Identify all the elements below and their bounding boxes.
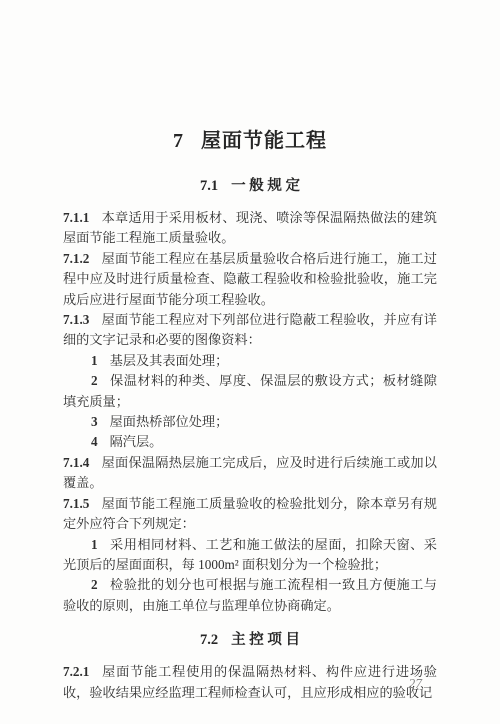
section-7-2-number: 7.2 — [200, 632, 218, 648]
section-heading-7-1: 7.1一 般 规 定 — [63, 174, 437, 195]
clause-7-1-2-number: 7.1.2 — [63, 251, 101, 266]
item-1-number: 1 — [91, 537, 110, 552]
clause-7-2-1: 7.2.1屋面节能工程使用的保温隔热材料、构件应进行进场验收，验收结果应经监理工… — [63, 662, 437, 703]
clause-7-1-1-number: 7.1.1 — [63, 210, 101, 225]
clause-7-1-3-item-4: 4隔汽层。 — [63, 432, 437, 452]
clause-7-1-3-item-1: 1基层及其表面处理； — [63, 351, 437, 371]
clause-7-1-3: 7.1.3屋面节能工程应对下列部位进行隐蔽工程验收，并应有详细的文字记录和必要的… — [63, 310, 437, 351]
chapter-title: 7屋面节能工程 — [63, 124, 437, 153]
item-2-text: 保温材料的种类、厚度、保温层的敷设方式；板材缝隙填充质量； — [63, 373, 437, 408]
clause-7-2-1-number: 7.2.1 — [63, 664, 101, 679]
clause-7-1-2-text: 屋面节能工程应在基层质量验收合格后进行施工，施工过程中应及时进行质量检查、隐蔽工… — [63, 251, 437, 307]
item-4-text: 隔汽层。 — [110, 434, 163, 449]
item-4-number: 4 — [91, 434, 110, 449]
chapter-number: 7 — [173, 130, 184, 152]
page-content: 7屋面节能工程 7.1一 般 规 定 7.1.1本章适用于采用板材、现浇、喷涂等… — [63, 124, 437, 703]
item-2-number: 2 — [91, 577, 110, 592]
document-page: 7屋面节能工程 7.1一 般 规 定 7.1.1本章适用于采用板材、现浇、喷涂等… — [0, 0, 500, 724]
clause-7-1-1: 7.1.1本章适用于采用板材、现浇、喷涂等保温隔热做法的建筑屋面节能工程施工质量… — [63, 208, 437, 249]
clause-7-1-3-text: 屋面节能工程应对下列部位进行隐蔽工程验收，并应有详细的文字记录和必要的图像资料： — [63, 312, 437, 347]
item-2-text: 检验批的划分也可根据与施工流程相一致且方便施工与验收的原则，由施工单位与监理单位… — [63, 577, 437, 612]
clause-7-1-3-number: 7.1.3 — [63, 312, 101, 327]
section-7-2-title-text: 主 控 项 目 — [231, 632, 300, 648]
item-2-number: 2 — [91, 373, 110, 388]
page-number: 27 — [409, 676, 423, 692]
clause-7-1-5-item-1: 1采用相同材料、工艺和施工做法的屋面，扣除天窗、采光顶后的屋面面积，每 1000… — [63, 535, 437, 576]
item-3-text: 屋面热桥部位处理； — [110, 414, 229, 429]
item-1-text: 采用相同材料、工艺和施工做法的屋面，扣除天窗、采光顶后的屋面面积，每 1000m… — [63, 537, 437, 572]
item-1-text: 基层及其表面处理； — [110, 353, 229, 368]
item-3-number: 3 — [91, 414, 110, 429]
chapter-title-text: 屋面节能工程 — [201, 130, 327, 152]
clause-7-1-5-text: 屋面节能工程施工质量验收的检验批划分，除本章另有规定外应符合下列规定： — [63, 496, 437, 531]
section-7-1-number: 7.1 — [200, 178, 218, 194]
clause-7-1-5: 7.1.5屋面节能工程施工质量验收的检验批划分，除本章另有规定外应符合下列规定： — [63, 494, 437, 535]
clause-7-1-5-item-2: 2检验批的划分也可根据与施工流程相一致且方便施工与验收的原则，由施工单位与监理单… — [63, 575, 437, 616]
clause-7-1-3-item-3: 3屋面热桥部位处理； — [63, 412, 437, 432]
section-7-1-title-text: 一 般 规 定 — [231, 178, 300, 194]
clause-7-2-1-text: 屋面节能工程使用的保温隔热材料、构件应进行进场验收，验收结果应经监理工程师检查认… — [63, 664, 437, 699]
clause-7-1-3-item-2: 2保温材料的种类、厚度、保温层的敷设方式；板材缝隙填充质量； — [63, 371, 437, 412]
clause-7-1-2: 7.1.2屋面节能工程应在基层质量验收合格后进行施工，施工过程中应及时进行质量检… — [63, 249, 437, 310]
item-1-number: 1 — [91, 353, 110, 368]
clause-7-1-5-number: 7.1.5 — [63, 496, 101, 511]
section-heading-7-2: 7.2主 控 项 目 — [63, 628, 437, 649]
clause-7-1-4: 7.1.4屋面保温隔热层施工完成后，应及时进行后续施工或加以覆盖。 — [63, 453, 437, 494]
clause-7-1-4-number: 7.1.4 — [63, 455, 101, 470]
clause-7-1-1-text: 本章适用于采用板材、现浇、喷涂等保温隔热做法的建筑屋面节能工程施工质量验收。 — [63, 210, 437, 245]
clause-7-1-4-text: 屋面保温隔热层施工完成后，应及时进行后续施工或加以覆盖。 — [63, 455, 437, 490]
